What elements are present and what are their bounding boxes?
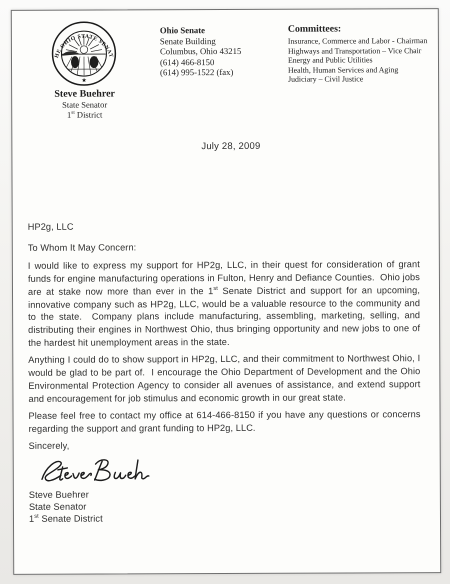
handwritten-signature-ink [33, 455, 153, 488]
committee-item: Energy and Public Utilities [288, 55, 427, 65]
contact-line: (614) 995-1522 (fax) [160, 67, 241, 78]
scanned-letter-background: { "colors": { "page_bg": "#fdfdfb", "ink… [0, 0, 450, 584]
paragraph-2: Anything I could do to show support in H… [28, 352, 420, 405]
salutation-line: To Whom It May Concern: [28, 240, 420, 255]
contact-line: (614) 466-8150 [160, 56, 241, 67]
committee-item: Insurance, Commerce and Labor - Chairman [288, 36, 427, 46]
letterhead-contact-block: Ohio Senate Senate Building Columbus, Oh… [160, 25, 242, 78]
ohio-state-senate-seal-icon: THE OHIO STATE SENATE ★ [51, 20, 117, 86]
letter-body: HP2g, LLC To Whom It May Concern: I woul… [28, 219, 421, 524]
paragraph-3: Please feel free to contact my office at… [29, 408, 421, 436]
sender-title: State Senator [24, 99, 145, 110]
committee-item: Judiciary – Civil Justice [288, 74, 427, 84]
closing-line: Sincerely, [29, 438, 421, 453]
letterhead-committees-block: Committees: Insurance, Commerce and Labo… [288, 23, 428, 84]
letterhead-sender-block: Steve Buehrer State Senator 1st District [24, 88, 145, 120]
signer-district: 1st Senate District [29, 511, 421, 525]
contact-line: Senate Building [160, 35, 241, 46]
recipient-line: HP2g, LLC [28, 219, 420, 234]
letter-page: THE OHIO STATE SENATE ★ [11, 8, 441, 575]
committee-item: Health, Human Services and Aging [288, 65, 427, 75]
signature-block: Steve Buehrer State Senator 1st Senate D… [29, 487, 421, 525]
committees-title: Committees: [288, 23, 427, 36]
committee-item: Highways and Transportation – Vice Chair [288, 46, 427, 56]
letter-date: July 28, 2009 [201, 141, 260, 152]
sender-name: Steve Buehrer [24, 88, 145, 100]
seal-star-icon: ★ [81, 77, 86, 84]
contact-line: Columbus, Ohio 43215 [160, 46, 241, 57]
contact-title: Ohio Senate [160, 25, 241, 36]
paragraph-1: I would like to express my support for H… [28, 258, 420, 350]
sender-district: 1st District [24, 109, 145, 120]
